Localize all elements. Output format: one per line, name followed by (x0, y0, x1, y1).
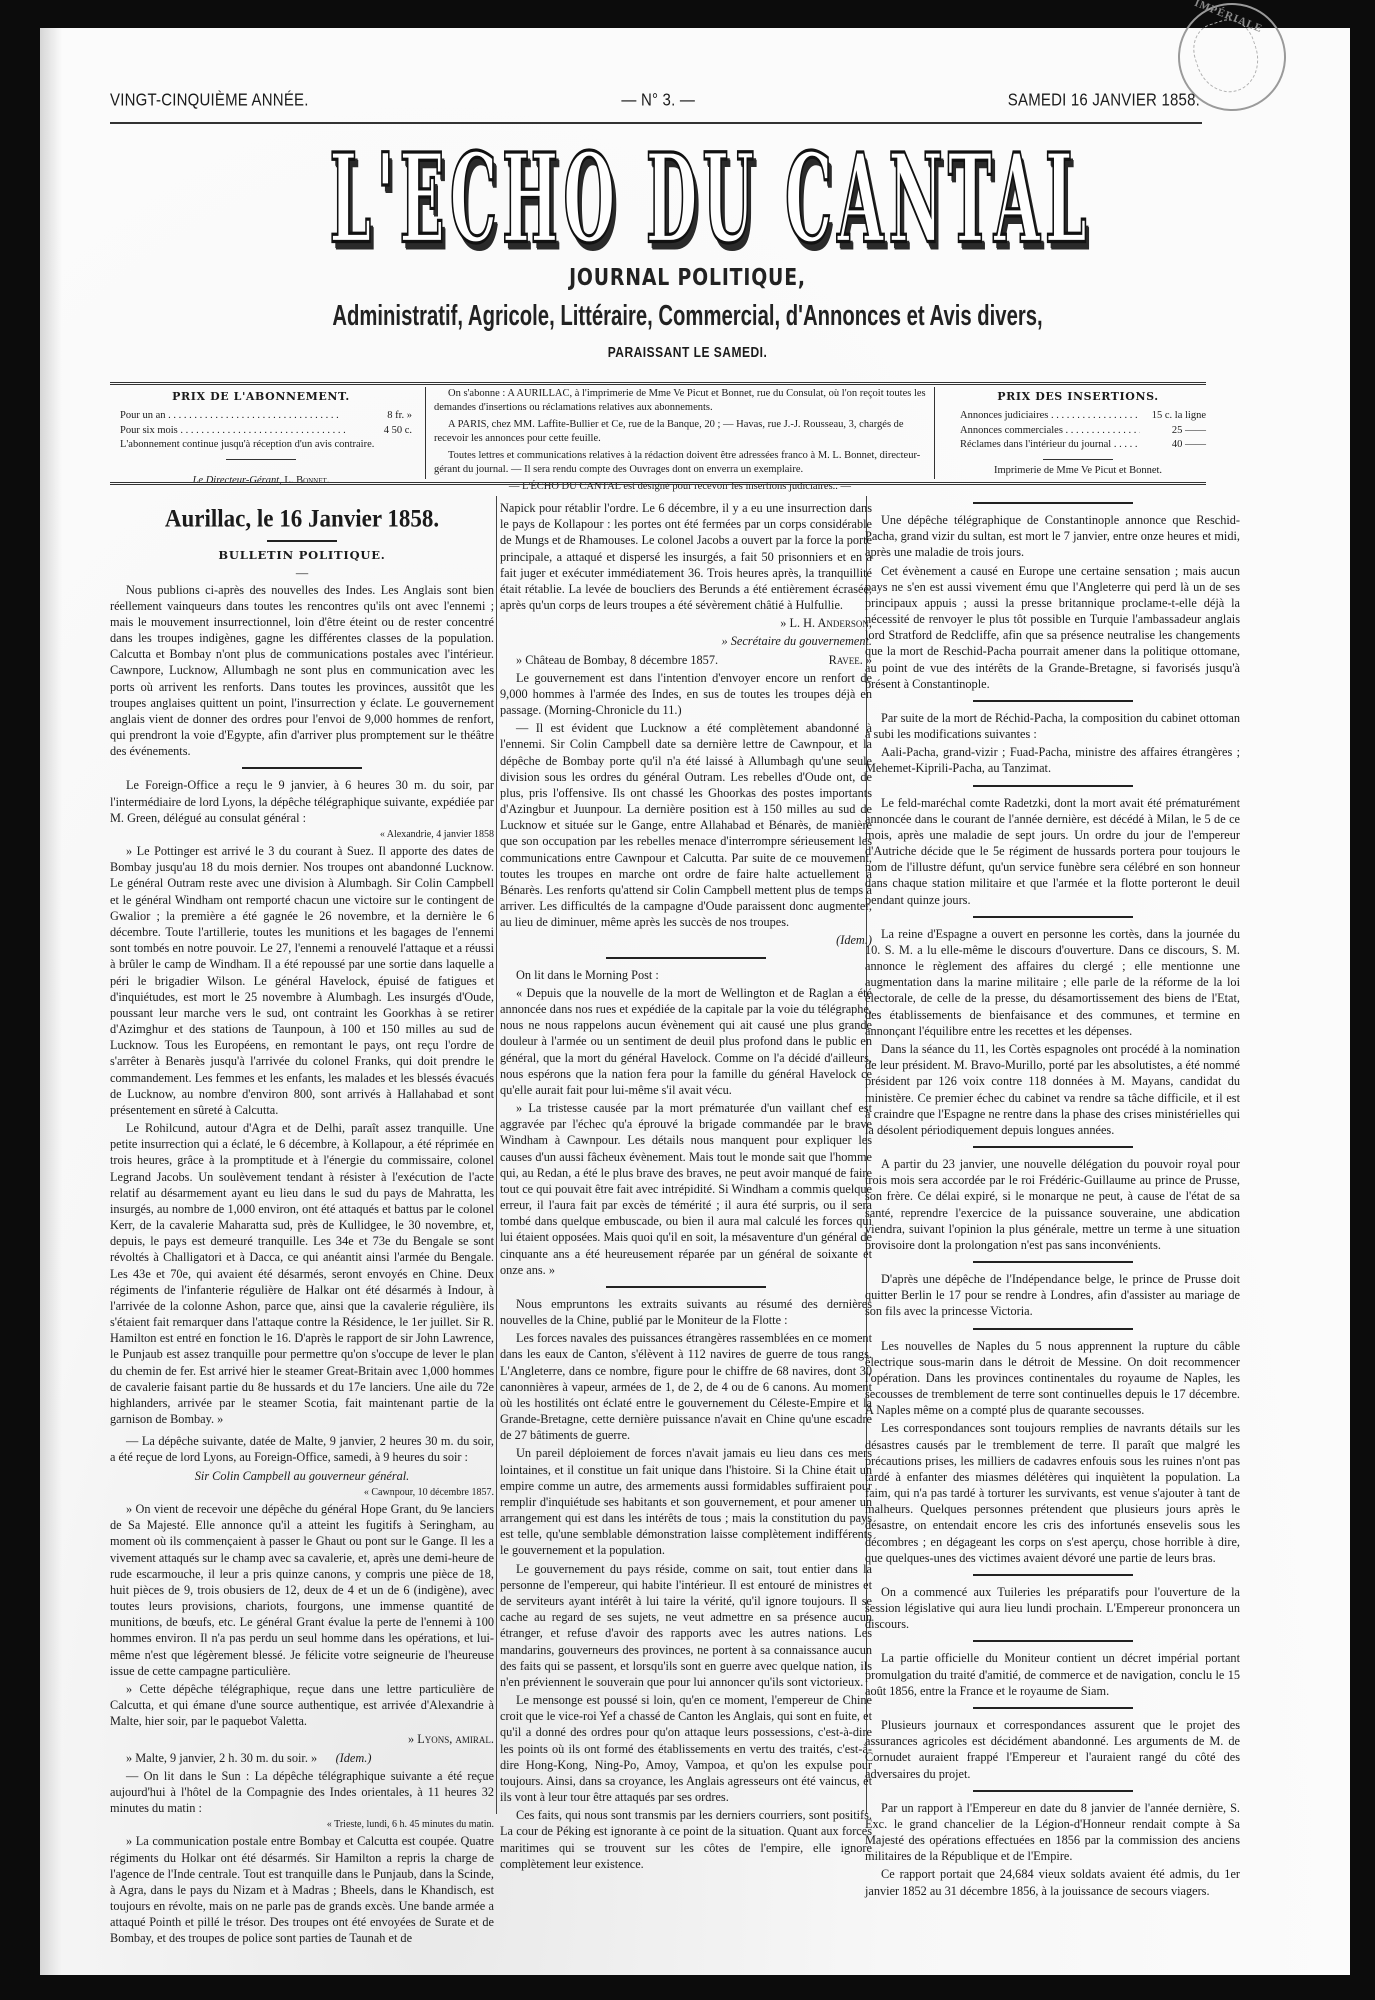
article-paragraph: — Il est évident que Lucknow a été compl… (500, 720, 872, 930)
source-credit: (Idem.) (500, 932, 872, 948)
masthead-rule (110, 122, 1202, 124)
divider (973, 1146, 1133, 1148)
subscription-row: Pour un an 8 fr. » (110, 409, 412, 423)
news-item-paragraph: Dans la séance du 11, les Cortès espagno… (865, 1041, 1240, 1138)
divider (226, 459, 296, 460)
insertion-row: Réclames dans l'intérieur du journal 40 … (950, 438, 1206, 452)
insertion-row: Annonces judiciaires 15 c. la ligne (950, 409, 1206, 423)
info-paragraph: On s'abonne : A AURILLAC, à l'imprimerie… (434, 387, 926, 416)
divider (267, 540, 337, 542)
divider (973, 1574, 1133, 1576)
article-paragraph: » On vient de recevoir une dépêche du gé… (110, 1501, 494, 1679)
section-title: BULLETIN POLITIQUE. (110, 548, 494, 563)
subscription-heading: PRIX DE L'ABONNEMENT. (110, 389, 412, 404)
news-item-paragraph: Par un rapport à l'Empereur en date du 8… (865, 1800, 1240, 1865)
divider (973, 502, 1133, 504)
news-item-paragraph: La partie officielle du Moniteur contien… (865, 1650, 1240, 1699)
news-item-paragraph: Cet évènement a causé en Europe une cert… (865, 563, 1240, 692)
column-2: Napick pour rétablir l'ordre. Le 6 décem… (500, 500, 872, 1872)
article-paragraph: Le gouvernement du pays réside, comme on… (500, 1561, 872, 1690)
divider (973, 1261, 1133, 1263)
article-paragraph: » La tristesse causée par la mort prémat… (500, 1100, 872, 1278)
news-item-paragraph: D'après une dépêche de l'Indépendance be… (865, 1271, 1240, 1320)
masthead-topline: VINGT-CINQUIÈME ANNÉE. — N° 3. — SAMEDI … (110, 91, 1200, 111)
divider (973, 1640, 1133, 1642)
divider (973, 1790, 1133, 1792)
issue-date: SAMEDI 16 JANVIER 1858. (1008, 91, 1200, 111)
insertions-heading: PRIX DES INSERTIONS. (950, 389, 1206, 404)
letter-heading: Sir Colin Campbell au gouverneur général… (110, 1468, 494, 1484)
dispatch-footer: » Château de Bombay, 8 décembre 1857.Rav… (500, 652, 872, 668)
article-paragraph: Le Foreign-Office a reçu le 9 janvier, à… (110, 777, 494, 826)
article-paragraph: Le Rohilcund, autour d'Agra et de Delhi,… (110, 1120, 494, 1427)
info-paragraph: A PARIS, chez MM. Laffite-Bullier et Ce,… (434, 418, 926, 447)
article-paragraph: » Le Pottinger est arrivé le 3 du couran… (110, 843, 494, 1118)
news-item-paragraph: Aali-Pacha, grand-vizir ; Fuad-Pacha, mi… (865, 744, 1240, 776)
article-paragraph: » La communication postale entre Bombay … (110, 1833, 494, 1946)
article-paragraph: « Depuis que la nouvelle de la mort de W… (500, 985, 872, 1098)
dash: — (110, 565, 494, 581)
divider (973, 1328, 1133, 1330)
newspaper-title: L'ECHO DU CANTAL (329, 138, 986, 261)
column-1: Aurillac, le 16 Janvier 1858. BULLETIN P… (110, 500, 494, 1947)
article-paragraph: Le mensonge est poussé si loin, qu'en ce… (500, 1692, 872, 1805)
subscription-info-box: On s'abonne : A AURILLAC, à l'imprimerie… (425, 387, 935, 479)
dispatch-dateline: « Cawnpour, 10 décembre 1857. (110, 1486, 494, 1499)
insertion-row: Annonces commerciales 25 —— (950, 424, 1206, 438)
column-3: Une dépêche télégraphique de Constantino… (865, 500, 1240, 1899)
divider (973, 700, 1133, 702)
news-item-paragraph: Le feld-maréchal comte Radetzki, dont la… (865, 795, 1240, 908)
signature-role: » Secrétaire du gouvernement. (500, 633, 872, 649)
publication-frequency: PARAISSANT LE SAMEDI. (0, 344, 1375, 361)
dateline: Aurillac, le 16 Janvier 1858. (110, 502, 494, 535)
divider (973, 916, 1133, 918)
info-paragraph: Toutes lettres et communications relativ… (434, 449, 926, 478)
printer-credit: Imprimerie de Mme Ve Picut et Bonnet. (950, 464, 1206, 478)
news-item-paragraph: Ce rapport portait que 24,684 vieux sold… (865, 1866, 1240, 1898)
year-label: VINGT-CINQUIÈME ANNÉE. (110, 91, 309, 111)
subscription-note: L'abonnement continue jusqu'à réception … (110, 438, 412, 452)
news-item-paragraph: Les correspondances sont toujours rempli… (865, 1420, 1240, 1566)
news-item-paragraph: A partir du 23 janvier, une nouvelle dél… (865, 1156, 1240, 1253)
article-paragraph: Les forces navales des puissances étrang… (500, 1330, 872, 1443)
article-paragraph: — La dépêche suivante, datée de Malte, 9… (110, 1433, 494, 1465)
newspaper-description: Administratif, Agricole, Littéraire, Com… (151, 298, 1224, 332)
article-paragraph: On lit dans le Morning Post : (500, 967, 872, 983)
info-bar-rule (110, 482, 1206, 487)
dispatch-footer: » Malte, 9 janvier, 2 h. 30 m. du soir. … (110, 1750, 494, 1766)
article-paragraph: Nous empruntons les extraits suivants au… (500, 1296, 872, 1328)
insertions-box: PRIX DES INSERTIONS. Annonces judiciaire… (950, 387, 1206, 479)
news-item-paragraph: Les nouvelles de Naples du 5 nous appren… (865, 1338, 1240, 1419)
subscription-box: PRIX DE L'ABONNEMENT. Pour un an 8 fr. »… (110, 387, 412, 479)
issue-number: — N° 3. — (621, 91, 695, 111)
subscription-row: Pour six mois 4 50 c. (110, 424, 412, 438)
article-paragraph: — On lit dans le Sun : La dépêche télégr… (110, 1768, 494, 1817)
info-bar: PRIX DE L'ABONNEMENT. Pour un an 8 fr. »… (110, 387, 1206, 479)
news-item-paragraph: Par suite de la mort de Réchid-Pacha, la… (865, 710, 1240, 742)
dispatch-dateline: « Trieste, lundi, 6 h. 45 minutes du mat… (110, 1818, 494, 1831)
divider (242, 767, 362, 769)
newspaper-subtitle: JOURNAL POLITIQUE, (124, 265, 1252, 291)
divider (606, 1286, 766, 1288)
news-item-paragraph: On a commencé aux Tuileries les préparat… (865, 1584, 1240, 1633)
article-paragraph: » Cette dépêche télégraphique, reçue dan… (110, 1681, 494, 1730)
news-item-paragraph: Une dépêche télégraphique de Constantino… (865, 512, 1240, 561)
divider (606, 957, 766, 959)
divider (973, 785, 1133, 787)
article-paragraph: Un pareil déploiement de forces n'avait … (500, 1445, 872, 1558)
article-paragraph: Nous publions ci-après des nouvelles des… (110, 582, 494, 760)
article-paragraph: Le gouvernement est dans l'intention d'e… (500, 670, 872, 719)
article-paragraph: Ces faits, qui nous sont transmis par le… (500, 1807, 872, 1872)
article-paragraph: Napick pour rétablir l'ordre. Le 6 décem… (500, 500, 872, 613)
divider (1043, 459, 1113, 460)
dispatch-dateline: « Alexandrie, 4 janvier 1858 (110, 828, 494, 841)
column-separator (496, 496, 497, 1814)
divider (973, 1707, 1133, 1709)
signature: » L. H. Anderson, (500, 615, 872, 631)
signature: » Lyons, amiral. (110, 1731, 494, 1747)
news-item-paragraph: Plusieurs journaux et correspondances as… (865, 1717, 1240, 1782)
news-item-paragraph: La reine d'Espagne a ouvert en personne … (865, 926, 1240, 1039)
